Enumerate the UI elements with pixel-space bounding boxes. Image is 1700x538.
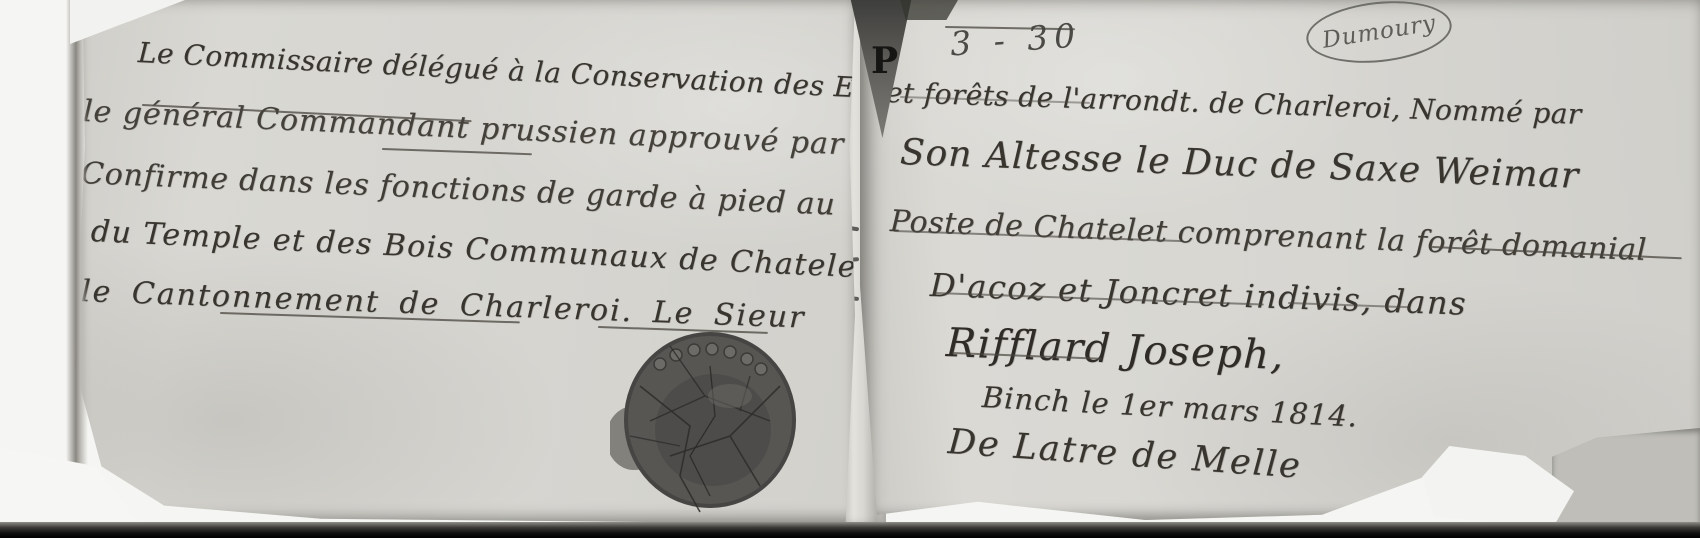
manuscript-line: Poste de Chatelet comprenant la forêt do… <box>889 204 1647 268</box>
right-page: 3 - 30 Dumoury et forêts de l'arrondt. d… <box>860 0 1700 520</box>
wax-seal <box>610 326 802 516</box>
ink-stroke <box>382 148 532 155</box>
manuscript-line: et forêts de l'arrondt. de Charleroi, No… <box>885 76 1582 131</box>
manuscript-line: Le Commissaire délégué à la Conservation… <box>137 36 907 107</box>
manuscript-line: Son Altesse le Duc de Saxe Weimar <box>899 132 1580 197</box>
oval-signature: Dumoury <box>1320 10 1437 54</box>
printed-fragment-letter: P <box>871 40 898 82</box>
manuscript-line: Confirme dans les fonctions de garde à p… <box>80 156 836 223</box>
left-page: Le Commissaire délégué à la Conservation… <box>70 0 855 524</box>
manuscript-line: De Latre de Melle <box>947 422 1303 487</box>
oval-stamp: Dumoury <box>1303 0 1454 69</box>
page-edge-shadow <box>66 0 88 524</box>
manuscript-line: Binch le 1er mars 1814. <box>981 380 1359 434</box>
manuscript-line: du Temple et des Bois Communaux de Chate… <box>90 214 871 286</box>
scan-edge-bar <box>0 522 1700 538</box>
scanned-manuscript: Le Commissaire délégué à la Conservation… <box>0 0 1700 538</box>
reference-number: 3 - 30 <box>949 15 1083 63</box>
manuscript-line: Rifflard Joseph, <box>945 320 1286 379</box>
